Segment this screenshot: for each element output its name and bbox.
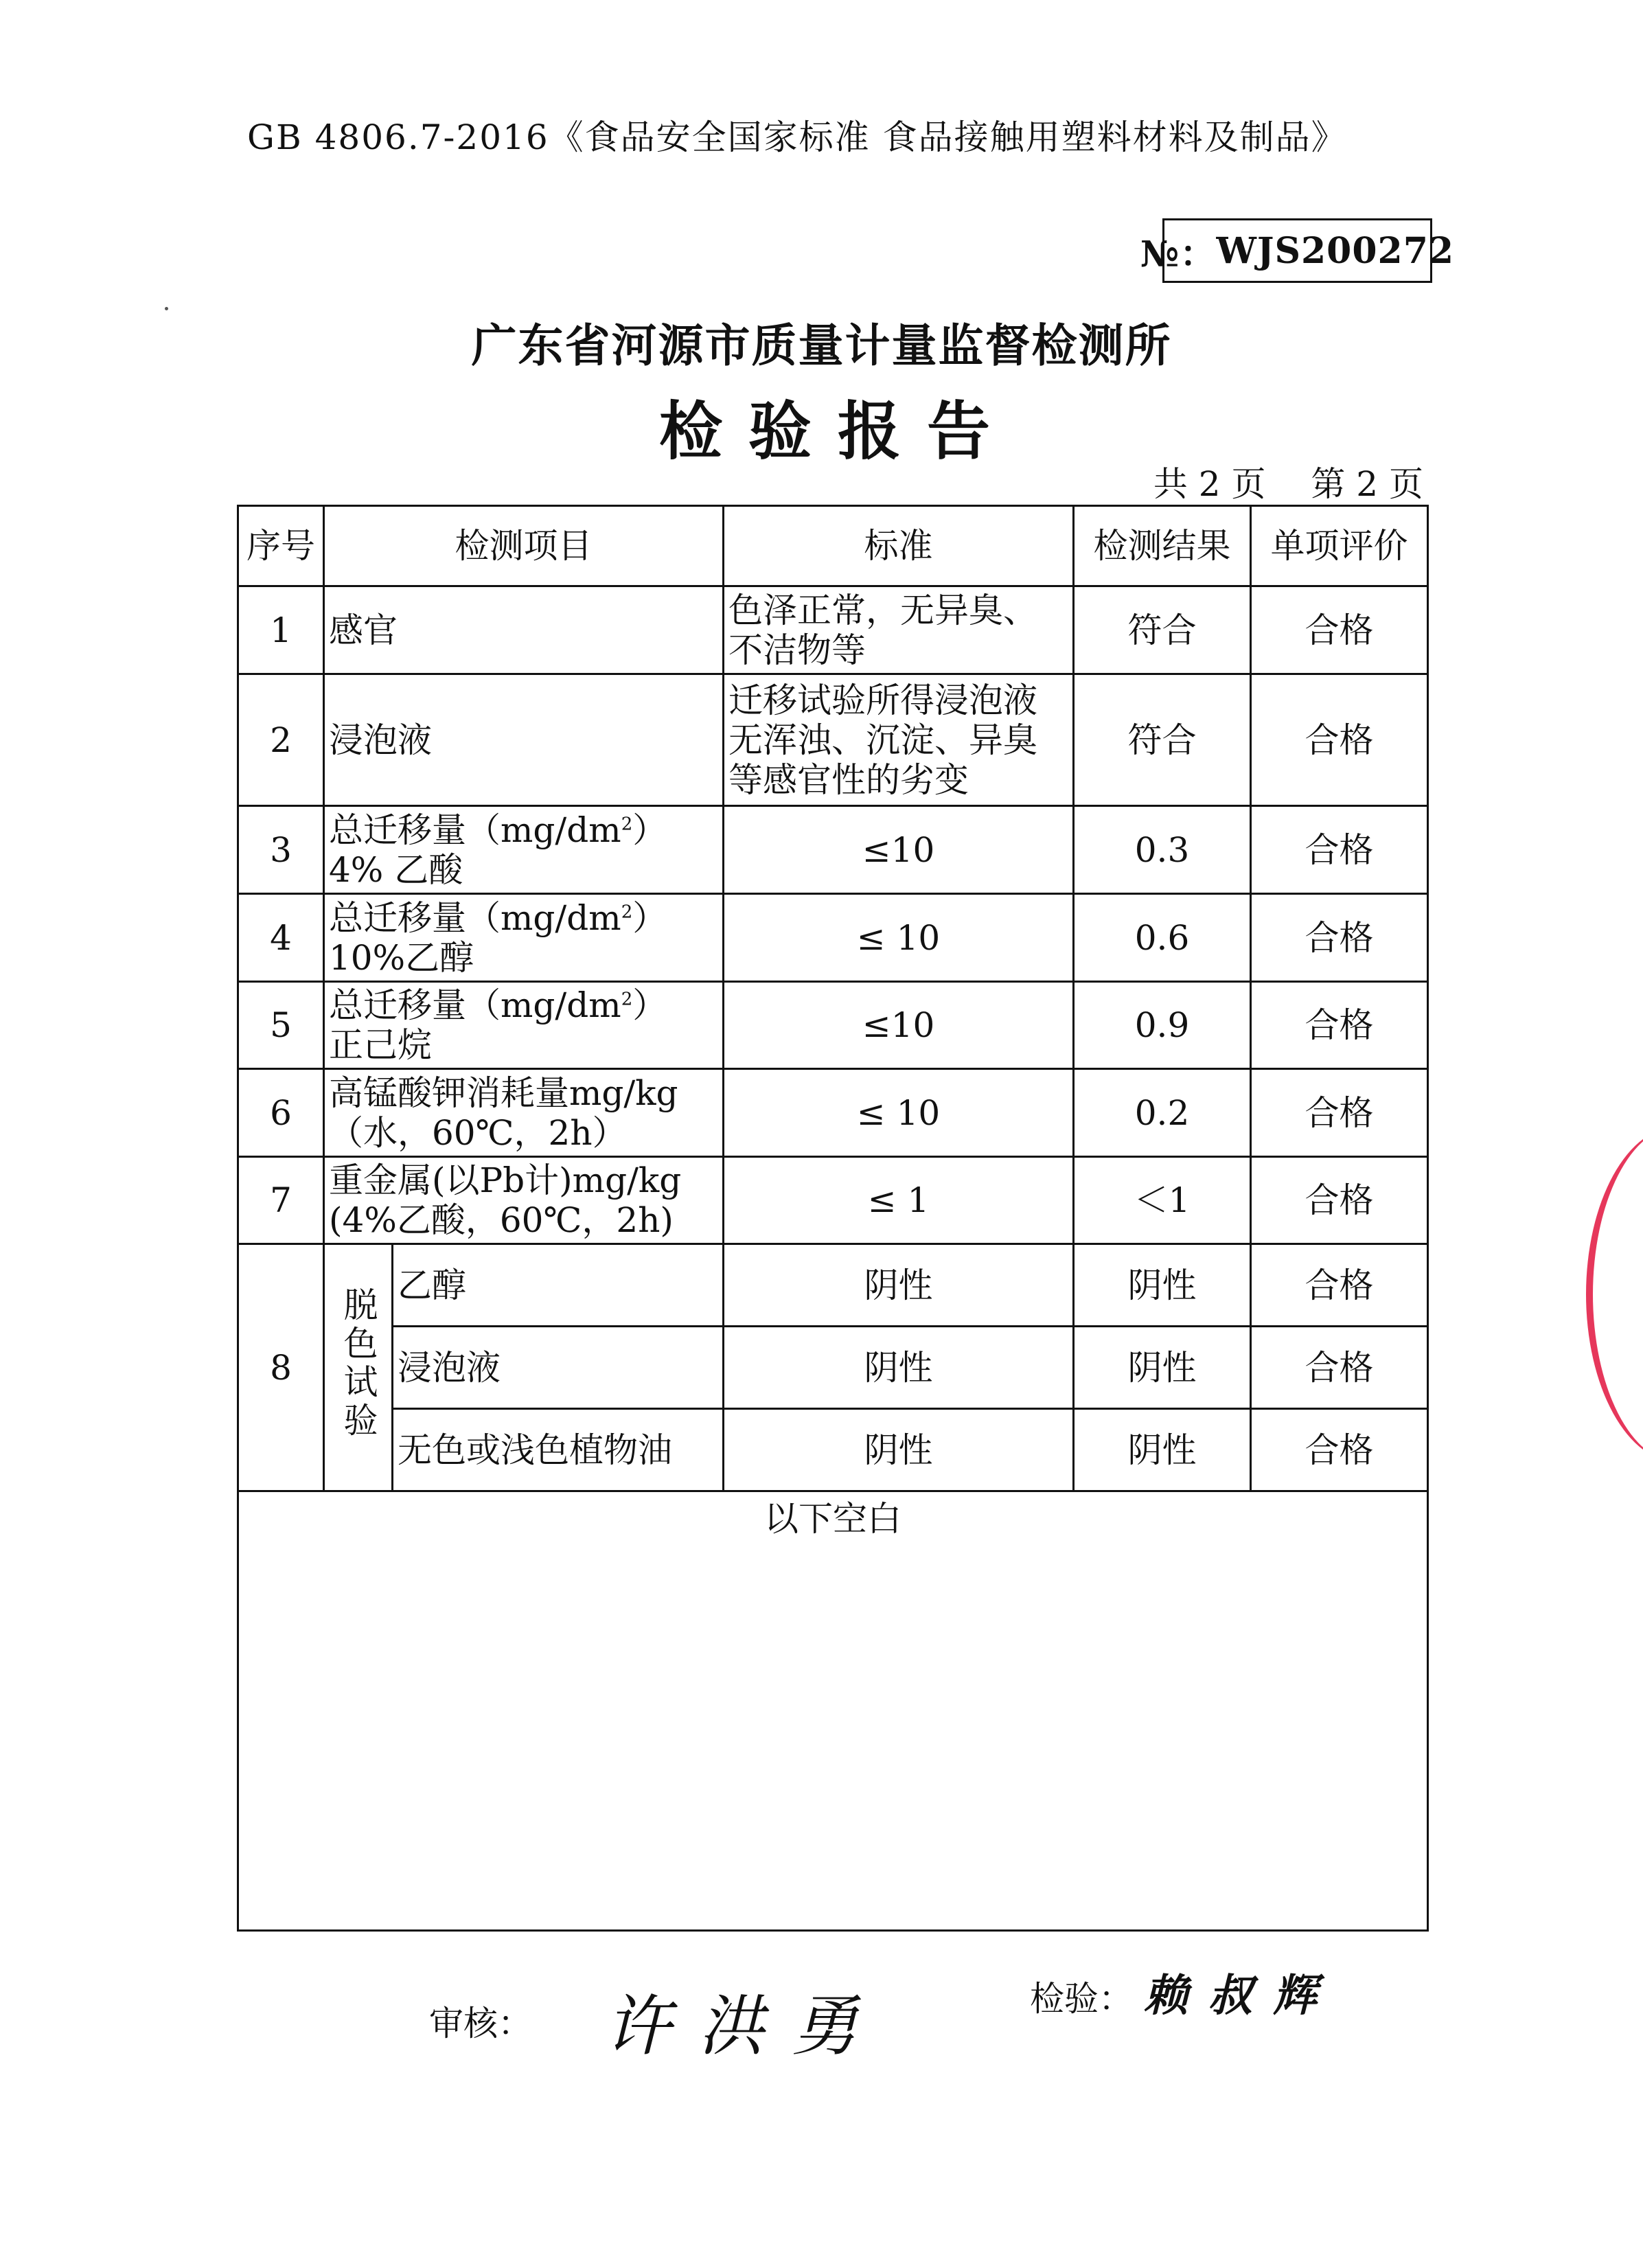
table-header-row: 序号 检测项目 标准 检测结果 单项评价 xyxy=(238,506,1428,586)
item-line2: 正己烷 xyxy=(329,1025,718,1065)
reviewer-block: 审核： 许洪勇 xyxy=(429,1960,885,2054)
row-no: 4 xyxy=(238,894,324,982)
row-result: 0.3 xyxy=(1074,806,1251,894)
row-evaluation: 合格 xyxy=(1251,894,1428,982)
item-line1: 重金属(以Pb计)mg/kg xyxy=(329,1160,718,1200)
row-item: 无色或浅色植物油 xyxy=(393,1409,724,1491)
row-evaluation: 合格 xyxy=(1251,806,1428,894)
row-standard: 色泽正常，无异臭、不洁物等 xyxy=(724,586,1074,674)
table-row: 4 总迁移量（mg/dm2） 10%乙醇 ≤ 10 0.6 合格 xyxy=(238,894,1428,982)
item-line2: (4%乙酸，60℃，2h) xyxy=(329,1200,718,1240)
row-result: 阴性 xyxy=(1074,1409,1251,1491)
col-header-standard: 标准 xyxy=(724,506,1074,586)
item-superscript: 2 xyxy=(621,814,633,834)
table-row-group8-sub1: 8 脱色试验 乙醇 阴性 阴性 合格 xyxy=(238,1244,1428,1327)
table-row: 2 浸泡液 迁移试验所得浸泡液无浑浊、沉淀、异臭等感官性的劣变 符合 合格 xyxy=(238,674,1428,806)
inspector-block: 检验： 赖叔辉 xyxy=(1030,1960,1337,2024)
group-label-cell: 脱色试验 xyxy=(324,1244,393,1491)
table-row: 1 感官 色泽正常，无异臭、不洁物等 符合 合格 xyxy=(238,586,1428,674)
row-evaluation: 合格 xyxy=(1251,586,1428,674)
inspector-signature: 赖叔辉 xyxy=(1144,1971,1337,2021)
table-row: 6 高锰酸钾消耗量mg/kg （水，60℃，2h） ≤ 10 0.2 合格 xyxy=(238,1069,1428,1157)
row-evaluation: 合格 xyxy=(1251,674,1428,806)
row-item: 重金属(以Pb计)mg/kg (4%乙酸，60℃，2h) xyxy=(324,1157,724,1244)
col-header-no: 序号 xyxy=(238,506,324,586)
blank-area-row: 以下空白 xyxy=(238,1491,1428,1931)
row-standard: 迁移试验所得浸泡液无浑浊、沉淀、异臭等感官性的劣变 xyxy=(724,674,1074,806)
row-result: ＜1 xyxy=(1074,1157,1251,1244)
row-result: 阴性 xyxy=(1074,1327,1251,1409)
row-no: 1 xyxy=(238,586,324,674)
item-line1: 高锰酸钾消耗量mg/kg xyxy=(329,1073,718,1113)
item-line1-end: ） xyxy=(632,985,667,1025)
item-line1: 总迁移量（mg/dm xyxy=(329,810,621,850)
row-evaluation: 合格 xyxy=(1251,1244,1428,1327)
page-total: 共 2 页 xyxy=(1153,464,1266,504)
row-no: 7 xyxy=(238,1157,324,1244)
table-row-group8-sub2: 浸泡液 阴性 阴性 合格 xyxy=(238,1327,1428,1409)
item-line2: 10%乙醇 xyxy=(329,938,718,978)
page-info: 共 2 页 第 2 页 xyxy=(1144,457,1423,506)
red-seal-stamp-fragment xyxy=(1586,1126,1643,1463)
col-header-result: 检测结果 xyxy=(1074,506,1251,586)
row-evaluation: 合格 xyxy=(1251,1409,1428,1491)
item-superscript: 2 xyxy=(621,902,633,922)
row-no: 2 xyxy=(238,674,324,806)
row-evaluation: 合格 xyxy=(1251,1327,1428,1409)
blank-below-note: 以下空白 xyxy=(238,1491,1428,1931)
report-number-box: №： WJS200272 xyxy=(1162,218,1432,283)
row-no: 8 xyxy=(238,1244,324,1491)
row-result: 符合 xyxy=(1074,586,1251,674)
row-standard: 阴性 xyxy=(724,1244,1074,1327)
item-line1: 总迁移量（mg/dm xyxy=(329,985,621,1025)
group-label: 脱色试验 xyxy=(338,1287,378,1441)
row-no: 6 xyxy=(238,1069,324,1157)
row-standard: ≤ 10 xyxy=(724,894,1074,982)
item-line2: （水，60℃，2h） xyxy=(329,1113,718,1153)
row-item: 高锰酸钾消耗量mg/kg （水，60℃，2h） xyxy=(324,1069,724,1157)
row-standard: ≤ 10 xyxy=(724,1069,1074,1157)
standard-reference: GB 4806.7-2016《食品安全国家标准 食品接触用塑料材料及制品》 xyxy=(247,110,1347,159)
row-item: 总迁移量（mg/dm2） 10%乙醇 xyxy=(324,894,724,982)
item-line1-end: ） xyxy=(632,810,667,850)
page-current: 第 2 页 xyxy=(1311,464,1423,504)
row-item: 感官 xyxy=(324,586,724,674)
row-item: 浸泡液 xyxy=(393,1327,724,1409)
item-line1-end: ） xyxy=(632,898,667,938)
row-result: 0.2 xyxy=(1074,1069,1251,1157)
item-superscript: 2 xyxy=(621,989,633,1009)
row-evaluation: 合格 xyxy=(1251,1157,1428,1244)
row-item: 浸泡液 xyxy=(324,674,724,806)
organization-name: 广东省河源市质量计量监督检测所 xyxy=(0,309,1643,374)
table-row: 7 重金属(以Pb计)mg/kg (4%乙酸，60℃，2h) ≤ 1 ＜1 合格 xyxy=(238,1157,1428,1244)
col-header-evaluation: 单项评价 xyxy=(1251,506,1428,586)
row-standard: ≤ 1 xyxy=(724,1157,1074,1244)
row-no: 3 xyxy=(238,806,324,894)
row-standard: 阴性 xyxy=(724,1327,1074,1409)
row-evaluation: 合格 xyxy=(1251,982,1428,1069)
item-line2: 4% 乙酸 xyxy=(329,850,718,890)
reviewer-label: 审核： xyxy=(429,2004,532,2043)
row-item: 总迁移量（mg/dm2） 正己烷 xyxy=(324,982,724,1069)
table-row: 5 总迁移量（mg/dm2） 正己烷 ≤10 0.9 合格 xyxy=(238,982,1428,1069)
row-no: 5 xyxy=(238,982,324,1069)
table-row: 3 总迁移量（mg/dm2） 4% 乙酸 ≤10 0.3 合格 xyxy=(238,806,1428,894)
report-number: WJS200272 xyxy=(1216,230,1454,272)
report-number-label: №： xyxy=(1140,225,1217,277)
table-row-group8-sub3: 无色或浅色植物油 阴性 阴性 合格 xyxy=(238,1409,1428,1491)
inspector-label: 检验： xyxy=(1030,1979,1133,2019)
reviewer-signature: 许洪勇 xyxy=(605,1988,885,2065)
item-line1: 总迁移量（mg/dm xyxy=(329,898,621,938)
row-result: 阴性 xyxy=(1074,1244,1251,1327)
col-header-item: 检测项目 xyxy=(324,506,724,586)
row-standard: ≤10 xyxy=(724,982,1074,1069)
row-item: 乙醇 xyxy=(393,1244,724,1327)
row-evaluation: 合格 xyxy=(1251,1069,1428,1157)
row-item: 总迁移量（mg/dm2） 4% 乙酸 xyxy=(324,806,724,894)
row-result: 符合 xyxy=(1074,674,1251,806)
results-table: 序号 检测项目 标准 检测结果 单项评价 1 感官 色泽正常，无异臭、不洁物等 … xyxy=(237,505,1429,1932)
row-result: 0.9 xyxy=(1074,982,1251,1069)
row-standard: ≤10 xyxy=(724,806,1074,894)
row-result: 0.6 xyxy=(1074,894,1251,982)
row-standard: 阴性 xyxy=(724,1409,1074,1491)
